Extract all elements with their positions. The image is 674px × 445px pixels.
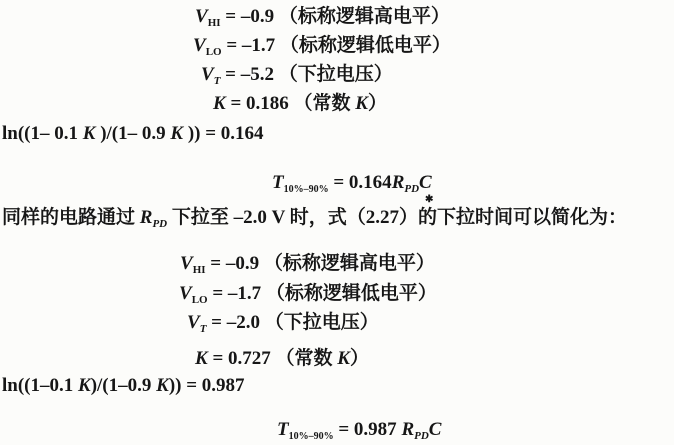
paragraph-text: 的 <box>418 207 437 228</box>
ln-text: )) = 0.164 <box>183 123 263 144</box>
variable-k: K <box>78 375 91 396</box>
equation-comment: （常数 <box>276 348 338 369</box>
equation-comment-close: ） <box>368 93 387 114</box>
equation-rhs: = 0.186 <box>226 93 294 114</box>
subscript-10-90: 10%–90% <box>289 431 334 442</box>
variable-r: R <box>392 172 405 193</box>
variable-t: T <box>272 172 284 193</box>
variable-t: T <box>277 419 289 440</box>
variable-k: K <box>83 123 96 144</box>
equation-comment: （常数 <box>294 93 356 114</box>
body-paragraph: 同样的电路通过 RPD 下拉至 –2.0 V 时，式（2.27）✱的下拉时间可以… <box>2 206 627 232</box>
equation-rhs: = –0.9 <box>221 6 279 27</box>
footnote-star-icon: ✱ <box>425 195 433 205</box>
equation-comment: （下拉电压） <box>279 64 393 85</box>
ln-text: )/(1– 0.9 <box>95 123 170 144</box>
variable-v: V <box>179 283 192 304</box>
comment-k-italic: K <box>337 348 350 369</box>
subscript-pd: PD <box>414 430 429 442</box>
paragraph-text: 下拉至 –2.0 V 时，式（2.27） <box>167 207 418 228</box>
paragraph-text: 同样的电路通过 <box>2 207 140 228</box>
subscript-pd: PD <box>404 183 419 195</box>
equation-vlo-2: VLO = –1.7 （标称逻辑低电平） <box>179 282 437 308</box>
equation-comment: （标称逻辑低电平） <box>280 35 451 56</box>
variable-r: R <box>140 207 153 228</box>
equation-vt-1: VT = –5.2 （下拉电压） <box>201 63 393 89</box>
equation-comment: （下拉电压） <box>265 312 379 333</box>
variable-v: V <box>193 35 206 56</box>
scanned-document-page: VHI = –0.9 （标称逻辑高电平） VLO = –1.7 （标称逻辑低电平… <box>0 0 674 445</box>
ln-equation-2: ln((1–0.1 K)/(1–0.9 K)) = 0.987 <box>2 374 245 398</box>
ln-text: )/(1–0.9 <box>91 375 156 396</box>
equation-vt-2: VT = –2.0 （下拉电压） <box>187 311 379 337</box>
equation-comment: （标称逻辑高电平） <box>279 6 450 27</box>
comment-k-italic: K <box>355 93 368 114</box>
subscript-lo: LO <box>192 294 208 306</box>
equation-vhi-1: VHI = –0.9 （标称逻辑高电平） <box>195 5 450 31</box>
subscript-hi: HI <box>193 264 206 276</box>
variable-v: V <box>180 253 193 274</box>
subscript-hi: HI <box>208 17 221 29</box>
variable-c: C <box>429 419 442 440</box>
subscript-pd: PD <box>152 218 167 230</box>
variable-r: R <box>401 419 414 440</box>
ln-text: )) = 0.987 <box>169 375 245 396</box>
ln-text: ln((1– 0.1 <box>2 123 83 144</box>
rise-time-equation-2: T10%–90% = 0.987 RPDC <box>277 418 441 444</box>
equation-comment: （标称逻辑低电平） <box>266 283 437 304</box>
variable-k: K <box>195 348 208 369</box>
equation-rhs: = –0.9 <box>206 253 264 274</box>
variable-k: K <box>156 375 169 396</box>
footnote-marked-char: ✱的 <box>418 206 437 230</box>
variable-v: V <box>187 312 200 333</box>
equation-rhs: = 0.727 <box>208 348 276 369</box>
equation-vlo-1: VLO = –1.7 （标称逻辑低电平） <box>193 34 451 60</box>
paragraph-text: 下拉时间可以简化为： <box>437 207 627 228</box>
variable-c: C <box>419 172 432 193</box>
equation-rhs: = –2.0 <box>206 312 264 333</box>
equation-value: = 0.164 <box>329 172 392 193</box>
equation-value: = 0.987 <box>334 419 402 440</box>
subscript-lo: LO <box>206 46 222 58</box>
equation-rhs: = –5.2 <box>220 64 278 85</box>
equation-k-1: K = 0.186 （常数 K） <box>213 92 387 116</box>
subscript-10-90: 10%–90% <box>284 184 329 195</box>
variable-k: K <box>170 123 183 144</box>
equation-k-2: K = 0.727 （常数 K） <box>195 347 369 371</box>
rise-time-equation-1: T10%–90% = 0.164RPDC <box>272 171 432 197</box>
ln-text: ln((1–0.1 <box>2 375 78 396</box>
equation-comment-close: ） <box>350 348 369 369</box>
variable-v: V <box>195 6 208 27</box>
equation-vhi-2: VHI = –0.9 （标称逻辑高电平） <box>180 252 435 278</box>
equation-rhs: = –1.7 <box>222 35 280 56</box>
variable-k: K <box>213 93 226 114</box>
ln-equation-1: ln((1– 0.1 K )/(1– 0.9 K )) = 0.164 <box>2 122 264 146</box>
equation-comment: （标称逻辑高电平） <box>264 253 435 274</box>
equation-rhs: = –1.7 <box>208 283 266 304</box>
variable-v: V <box>201 64 214 85</box>
